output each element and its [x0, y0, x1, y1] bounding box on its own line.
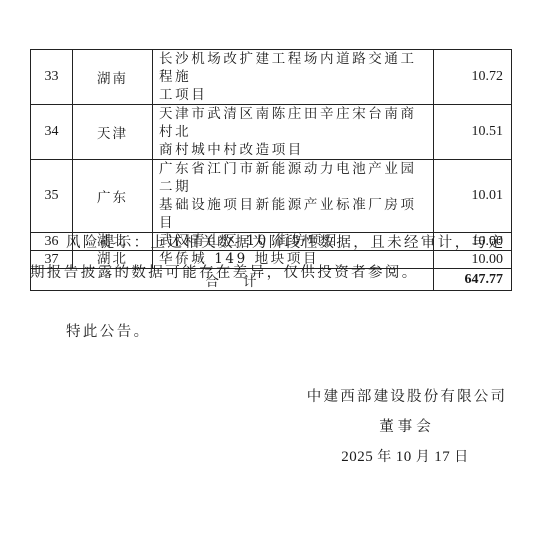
risk-notice-line2: 期报告披露的数据可能存在差异，仅供投资者参阅。 [30, 261, 419, 282]
announcement-date: 2025年10月17日 [300, 446, 514, 466]
company-name: 中建西部建设股份有限公司 [300, 385, 514, 406]
table-row: 33 湖南 长沙机场改扩建工程场内道路交通工程施 工项目 10.72 [31, 50, 512, 105]
project-name-line1: 广东省江门市新能源动力电池产业园二期 [159, 160, 429, 196]
board-of-directors: 董事会 [300, 415, 514, 436]
row-amount: 10.51 [434, 105, 512, 160]
row-amount: 10.00 [434, 251, 512, 269]
row-amount: 10.01 [434, 160, 512, 233]
row-number: 33 [31, 50, 73, 105]
row-number: 35 [31, 160, 73, 233]
risk-notice-line1: 风险提示：上述相关数据为阶段性数据，且未经审计，与定 [66, 231, 505, 252]
row-number: 34 [31, 105, 73, 160]
project-name-line2: 基础设施项目新能源产业标准厂房项目 [159, 196, 429, 232]
row-province: 天津 [73, 105, 153, 160]
row-project-name: 天津市武清区南陈庄田辛庄宋台南商村北 商村城中村改造项目 [153, 105, 434, 160]
row-province: 广东 [73, 160, 153, 233]
project-name-line1: 天津市武清区南陈庄田辛庄宋台南商村北 [159, 105, 429, 141]
project-table: 33 湖南 长沙机场改扩建工程场内道路交通工程施 工项目 10.72 34 天津… [30, 49, 512, 291]
project-name-line2: 工项目 [159, 86, 429, 104]
total-amount: 647.77 [434, 269, 512, 291]
row-amount: 10.72 [434, 50, 512, 105]
project-name-line1: 长沙机场改扩建工程场内道路交通工程施 [159, 50, 429, 86]
row-project-name: 长沙机场改扩建工程场内道路交通工程施 工项目 [153, 50, 434, 105]
row-project-name: 广东省江门市新能源动力电池产业园二期 基础设施项目新能源产业标准厂房项目 [153, 160, 434, 233]
announcement-page: 33 湖南 长沙机场改扩建工程场内道路交通工程施 工项目 10.72 34 天津… [0, 0, 539, 537]
table-row: 35 广东 广东省江门市新能源动力电池产业园二期 基础设施项目新能源产业标准厂房… [31, 160, 512, 233]
row-province: 湖南 [73, 50, 153, 105]
table-row: 34 天津 天津市武清区南陈庄田辛庄宋台南商村北 商村城中村改造项目 10.51 [31, 105, 512, 160]
project-name-line2: 商村城中村改造项目 [159, 141, 429, 159]
closing-statement: 特此公告。 [66, 320, 151, 341]
